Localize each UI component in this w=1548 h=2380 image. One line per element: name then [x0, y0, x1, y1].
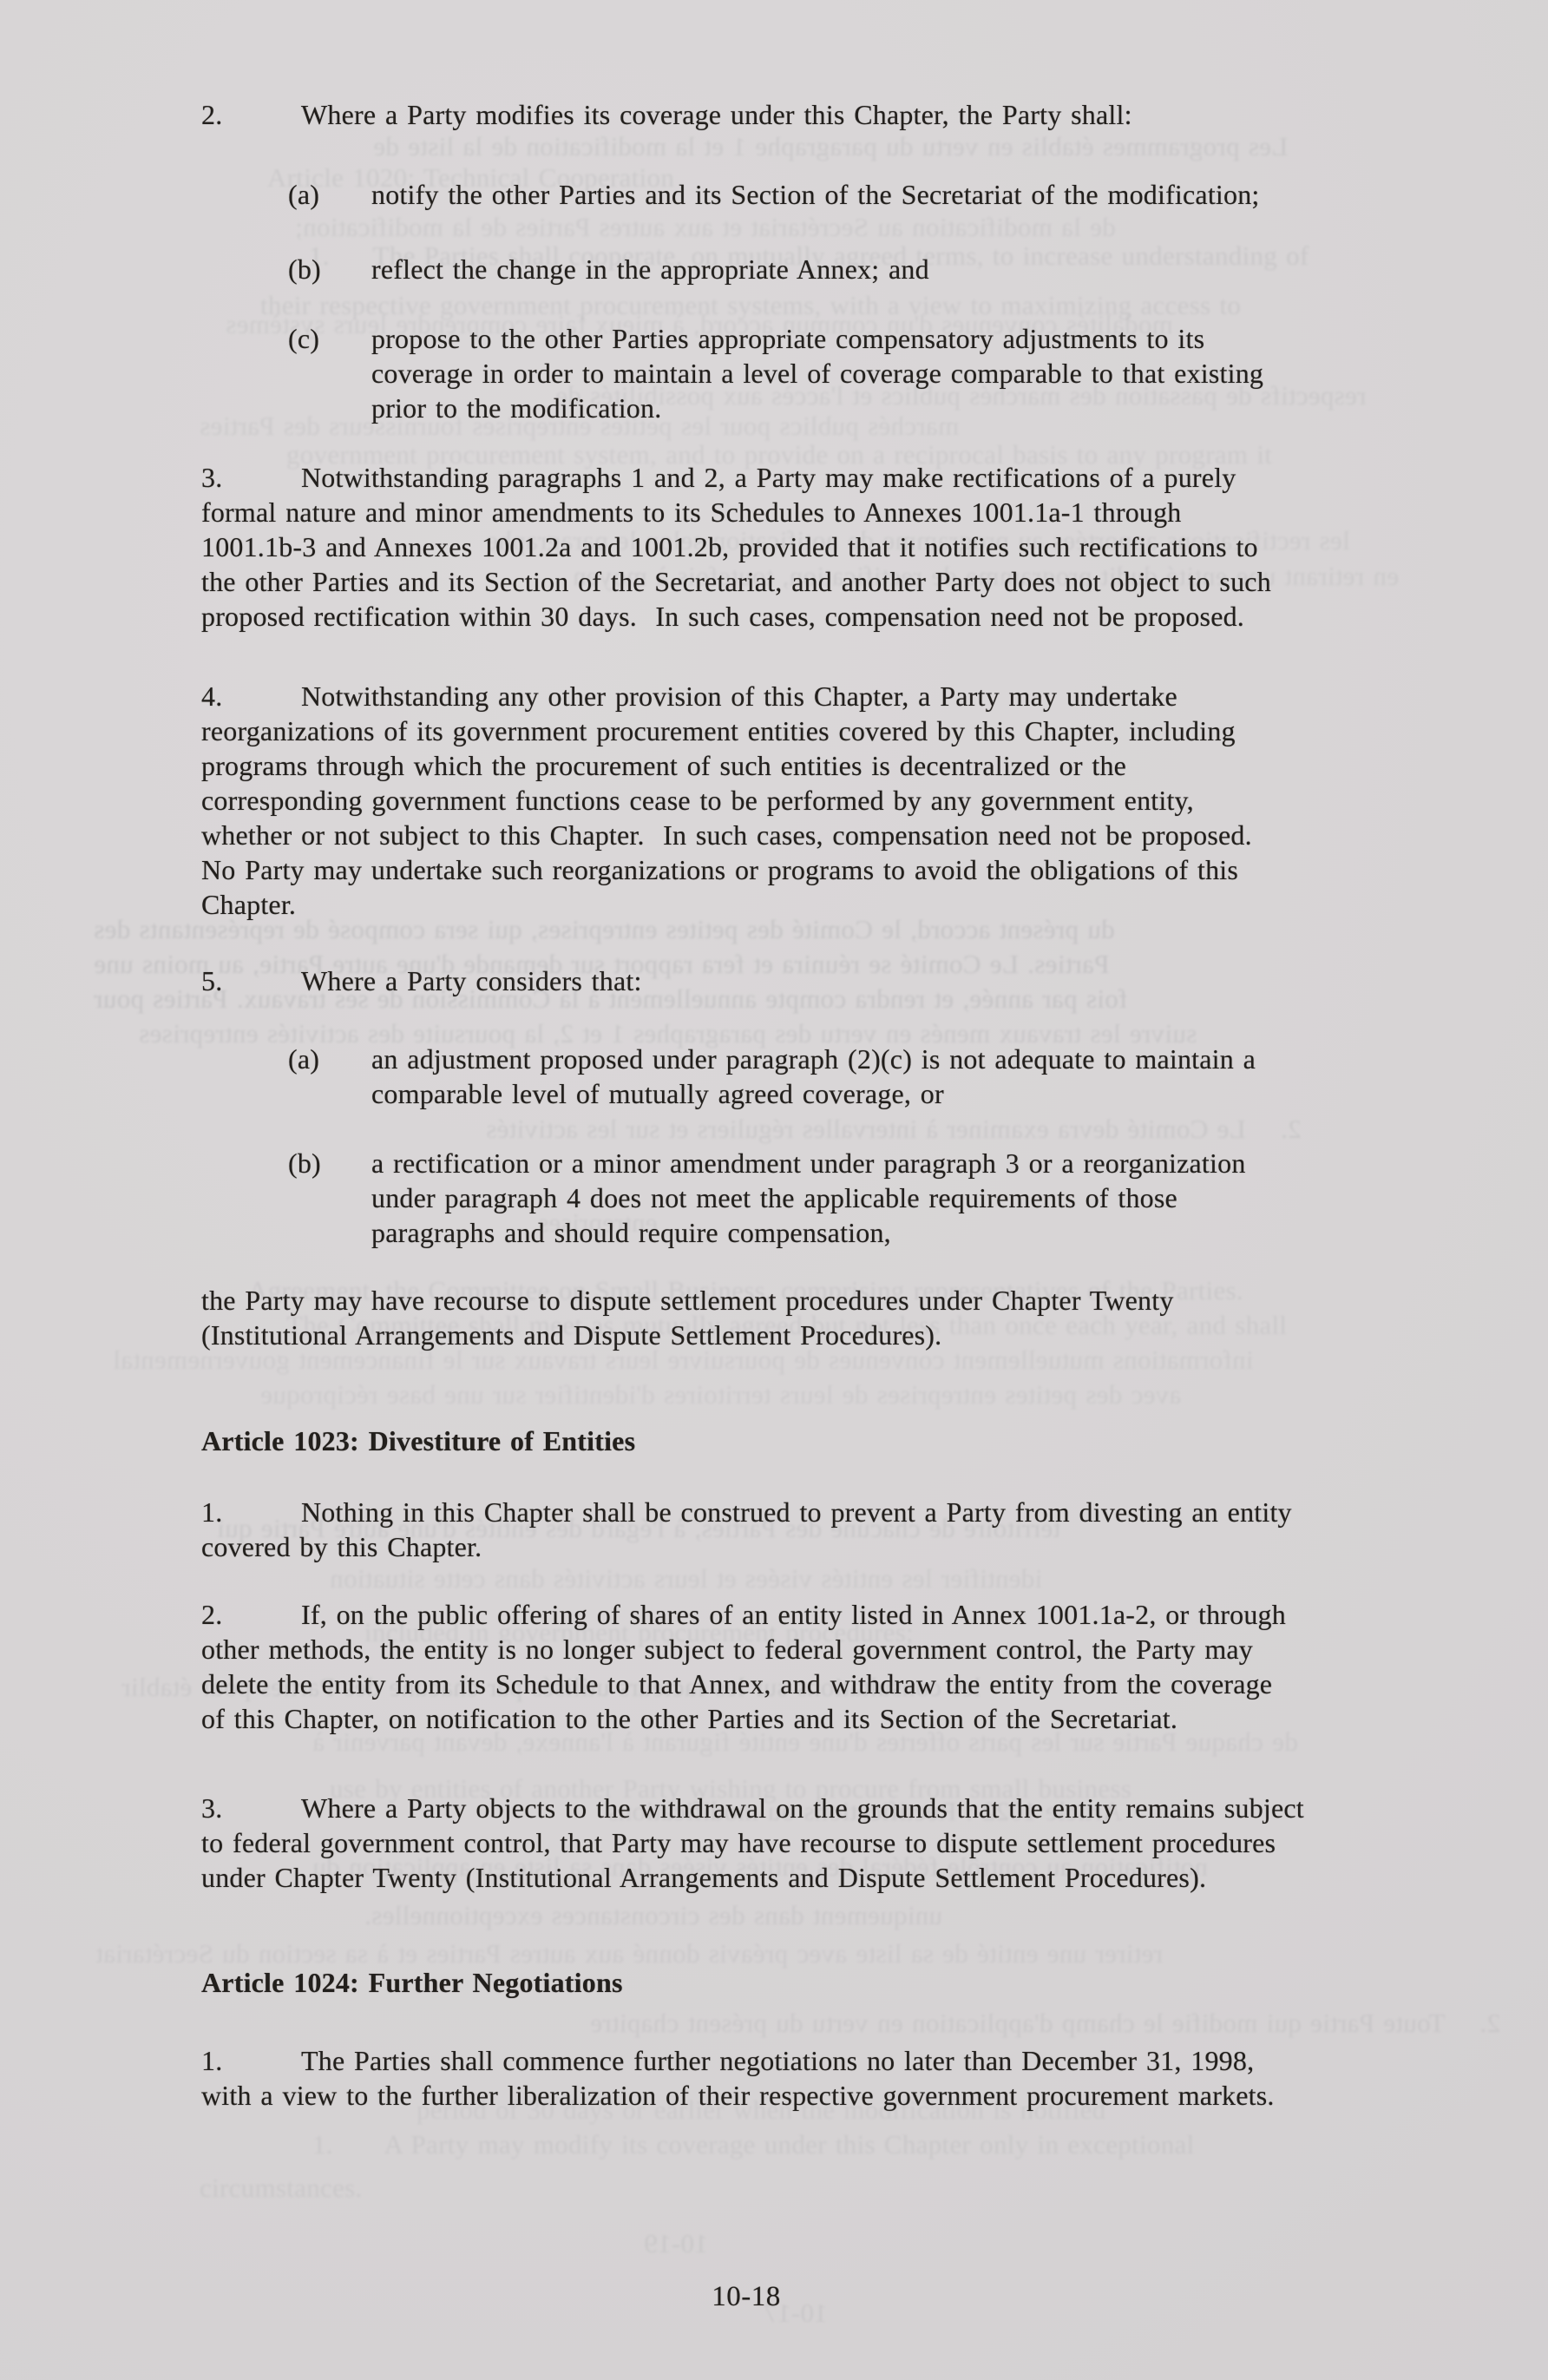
- paragraph-number: 3.: [201, 1791, 222, 1825]
- item-2a: (a)notify the other Parties and its Sect…: [371, 177, 1548, 212]
- paragraph-4: 4.Notwithstanding any other provision of…: [201, 679, 1477, 922]
- paragraph-lines: Where a Party modifies its coverage unde…: [301, 99, 1132, 130]
- paragraph-number: 5.: [201, 963, 222, 998]
- paragraph-lines: If, on the public offering of shares of …: [201, 1599, 1286, 1734]
- item-2c: (c)propose to the other Parties appropri…: [371, 321, 1548, 425]
- paragraph-number: 2.: [201, 1597, 222, 1632]
- paragraph-lines: an adjustment proposed under paragraph (…: [371, 1043, 1256, 1109]
- paragraph-3: 3.Notwithstanding paragraphs 1 and 2, a …: [201, 460, 1477, 634]
- document-text-layer: 2.Where a Party modifies its coverage un…: [0, 0, 1548, 2380]
- paragraph-lines: Where a Party considers that:: [301, 965, 642, 996]
- paragraph-lines: Nothing in this Chapter shall be constru…: [201, 1496, 1292, 1562]
- item-2b: (b)reflect the change in the appropriate…: [371, 252, 1548, 286]
- article-1023-heading: Article 1023: Divestiture of Entities: [201, 1423, 1477, 1458]
- paragraph-1023-3: 3.Where a Party objects to the withdrawa…: [201, 1791, 1477, 1895]
- paragraph-1023-1: 1.Nothing in this Chapter shall be const…: [201, 1495, 1477, 1564]
- paragraph-number: 1.: [201, 2043, 222, 2078]
- paragraph-1024-1: 1.The Parties shall commence further neg…: [201, 2043, 1477, 2113]
- paragraph-lines: reflect the change in the appropriate An…: [371, 253, 929, 285]
- paragraph-number: 3.: [201, 460, 222, 495]
- paragraph-2: 2.Where a Party modifies its coverage un…: [201, 97, 1477, 132]
- paragraph-number: (a): [288, 1042, 319, 1076]
- page-number: 10-18: [0, 2281, 1520, 2313]
- paragraph-number: (c): [288, 321, 319, 356]
- paragraph-5-continuation: the Party may have recourse to dispute s…: [201, 1283, 1477, 1352]
- paragraph-lines: propose to the other Parties appropriate…: [371, 323, 1263, 424]
- paragraph-lines: notify the other Parties and its Section…: [371, 179, 1260, 210]
- paragraph-number: (a): [288, 177, 319, 212]
- paragraph-number: 2.: [201, 97, 222, 132]
- item-5a: (a)an adjustment proposed under paragrap…: [371, 1042, 1548, 1111]
- paragraph-number: (b): [288, 1146, 321, 1180]
- paragraph-lines: the Party may have recourse to dispute s…: [201, 1285, 1174, 1351]
- paragraph-lines: Article 1024: Further Negotiations: [201, 1967, 623, 1998]
- paragraph-5: 5.Where a Party considers that:: [201, 963, 1477, 998]
- paragraph-number: (b): [288, 252, 321, 286]
- paragraph-number: 4.: [201, 679, 222, 713]
- paragraph-number: 1.: [201, 1495, 222, 1529]
- paragraph-lines: a rectification or a minor amendment und…: [371, 1147, 1246, 1248]
- paragraph-lines: The Parties shall commence further negot…: [201, 2045, 1275, 2111]
- paragraph-lines: Notwithstanding any other provision of t…: [201, 680, 1252, 920]
- item-5b: (b)a rectification or a minor amendment …: [371, 1146, 1548, 1250]
- paragraph-1023-2: 2.If, on the public offering of shares o…: [201, 1597, 1477, 1736]
- article-1024-heading: Article 1024: Further Negotiations: [201, 1965, 1477, 2000]
- paragraph-lines: Notwithstanding paragraphs 1 and 2, a Pa…: [201, 462, 1271, 632]
- scanned-document-page: Les programmes établis en vertu du parag…: [0, 0, 1548, 2380]
- paragraph-lines: Article 1023: Divestiture of Entities: [201, 1425, 635, 1456]
- paragraph-lines: Where a Party objects to the withdrawal …: [201, 1792, 1304, 1893]
